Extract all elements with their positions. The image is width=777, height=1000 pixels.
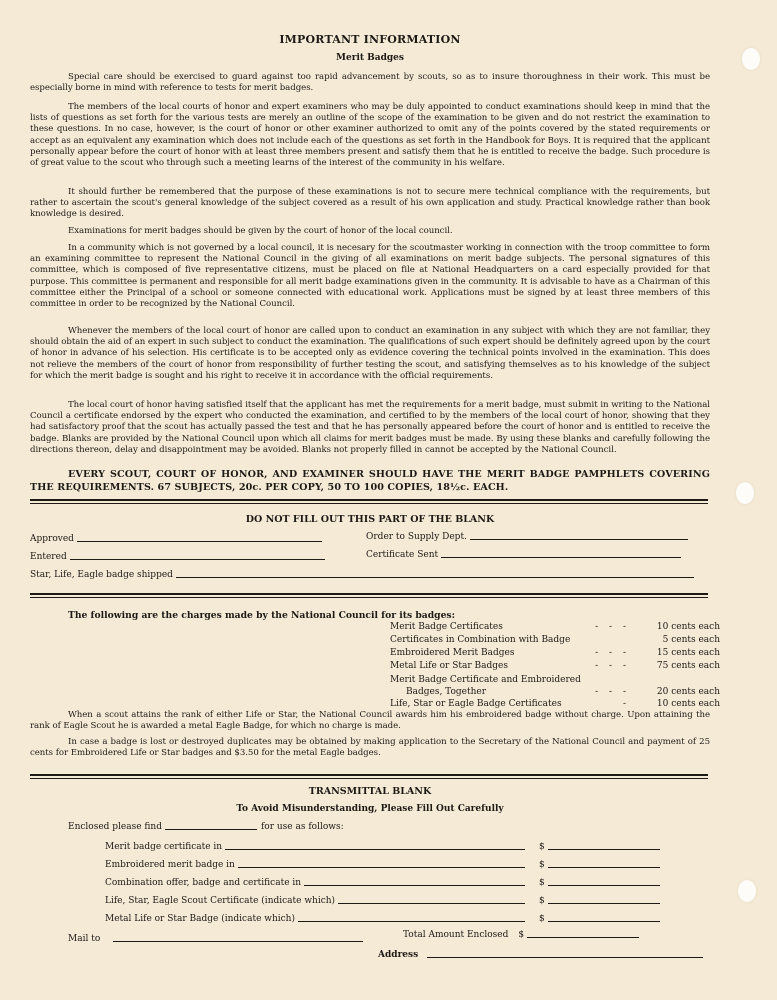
amount-field[interactable] <box>548 921 660 922</box>
punch-hole <box>736 482 754 504</box>
shipped-row: Star, Life, Eagle badge shipped <box>30 570 694 580</box>
charges-note: When a scout attains the rank of either … <box>30 710 710 732</box>
enclosed-row: Enclosed please find for use as follows: <box>68 822 344 832</box>
duplicates-note: In case a badge is lost or destroyed dup… <box>30 737 710 759</box>
paragraph: In a community which is not governed by … <box>30 243 710 310</box>
entered-row: Entered <box>30 552 325 562</box>
line-field[interactable] <box>338 903 525 904</box>
divider <box>30 499 708 504</box>
charge-item: Merit Badge Certificates- - -10 cents ea… <box>390 621 720 634</box>
amount-row: $ <box>539 914 660 924</box>
line-field[interactable] <box>304 885 525 886</box>
entered-field[interactable] <box>70 559 325 560</box>
mail-to-row: Mail to <box>68 934 363 944</box>
page-title: IMPORTANT INFORMATION <box>30 33 710 46</box>
paragraph: Special care should be exercised to guar… <box>30 72 710 94</box>
amount-row: $ <box>539 896 660 906</box>
amount-field[interactable] <box>548 903 660 904</box>
amount-row: $ <box>539 860 660 870</box>
charge-item: Metal Life or Star Badges- - -75 cents e… <box>390 660 720 673</box>
transmittal-title: TRANSMITTAL BLANK <box>30 786 710 797</box>
punch-hole <box>742 48 760 70</box>
total-field[interactable] <box>527 937 639 938</box>
divider <box>30 774 708 779</box>
order-row: Order to Supply Dept. <box>366 532 688 542</box>
charge-item: Certificates in Combination with Badge5 … <box>390 634 720 647</box>
certificate-row: Certificate Sent <box>366 550 681 560</box>
transmittal-line: Metal Life or Star Badge (indicate which… <box>105 914 525 924</box>
mail-to-field[interactable] <box>113 941 363 942</box>
certificate-field[interactable] <box>441 557 681 558</box>
charge-item: Merit Badge Certificate and Embroidered … <box>390 674 720 698</box>
paragraph: The local court of honor having satisfie… <box>30 400 710 456</box>
transmittal-subtitle: To Avoid Misunderstanding, Please Fill O… <box>30 804 710 814</box>
amount-field[interactable] <box>548 867 660 868</box>
office-use-title: DO NOT FILL OUT THIS PART OF THE BLANK <box>30 514 710 525</box>
amount-row: $ <box>539 878 660 888</box>
amount-field[interactable] <box>548 849 660 850</box>
shipped-field[interactable] <box>176 577 694 578</box>
enclosed-field[interactable] <box>165 829 257 830</box>
paragraph: The members of the local courts of honor… <box>30 102 710 169</box>
line-field[interactable] <box>298 921 525 922</box>
paragraph: Examinations for merit badges should be … <box>30 226 710 237</box>
order-field[interactable] <box>470 539 688 540</box>
address-row: Address <box>378 950 703 960</box>
transmittal-line: Life, Star, Eagle Scout Certificate (ind… <box>105 896 525 906</box>
paragraph: It should further be remembered that the… <box>30 187 710 221</box>
pamphlet-notice: EVERY SCOUT, COURT OF HONOR, AND EXAMINE… <box>30 468 710 494</box>
transmittal-line: Merit badge certificate in <box>105 842 525 852</box>
divider <box>30 593 708 598</box>
amount-field[interactable] <box>548 885 660 886</box>
approved-row: Approved <box>30 534 322 544</box>
charges-list: Merit Badge Certificates- - -10 cents ea… <box>390 621 720 711</box>
total-row: Total Amount Enclosed $ <box>403 930 639 940</box>
approved-field[interactable] <box>77 541 322 542</box>
line-field[interactable] <box>238 867 525 868</box>
paragraph: Whenever the members of the local court … <box>30 326 710 382</box>
page-subtitle: Merit Badges <box>30 53 710 63</box>
line-field[interactable] <box>225 849 525 850</box>
transmittal-line: Embroidered merit badge in <box>105 860 525 870</box>
charges-intro: The following are the charges made by th… <box>68 610 455 621</box>
amount-row: $ <box>539 842 660 852</box>
charge-item: Embroidered Merit Badges- - -15 cents ea… <box>390 647 720 660</box>
transmittal-line: Combination offer, badge and certificate… <box>105 878 525 888</box>
punch-hole <box>738 880 756 902</box>
address-field[interactable] <box>427 957 703 958</box>
